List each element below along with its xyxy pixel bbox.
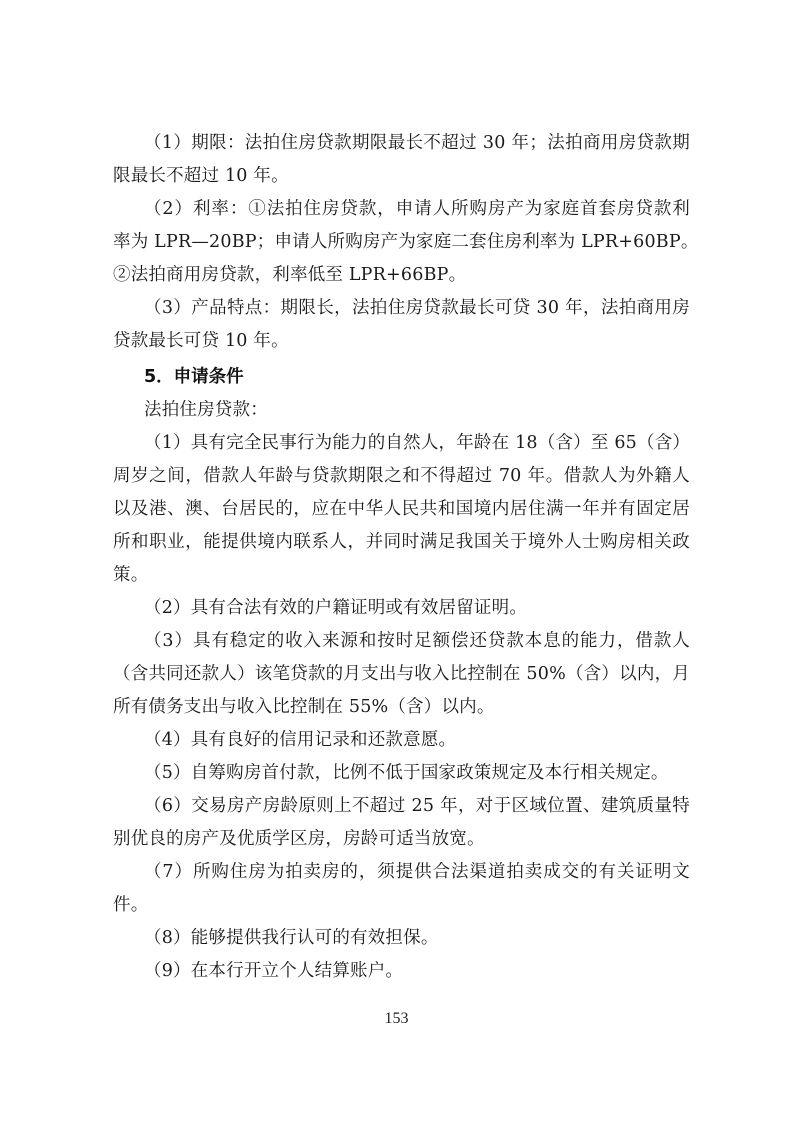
condition-1-line: 所和职业，能提供境内联系人，并同时满足我国关于境外人士购房相关政 (113, 530, 690, 554)
condition-1-line: 以及港、澳、台居民的，应在中华人民共和国境内居住满一年并有固定居 (113, 497, 690, 521)
rate-paragraph-line: 率为 LPR—20BP；申请人所购房产为家庭二套住房利率为 LPR+60BP。 (113, 230, 690, 254)
condition-1-line: 策。 (113, 563, 690, 587)
section-subheading: 法拍住房贷款： (144, 398, 690, 422)
condition-6-line: （6）交易房产房龄原则上不超过 25 年，对于区域位置、建筑质量特 (144, 794, 690, 818)
condition-3-line: 所有债务支出与收入比控制在 55%（含）以内。 (113, 695, 690, 719)
condition-1-line: 周岁之间，借款人年龄与贷款期限之和不得超过 70 年。借款人为外籍人 (113, 464, 690, 488)
condition-3-line: （含共同还款人）该笔贷款的月支出与收入比控制在 50%（含）以内，月 (113, 662, 690, 686)
condition-4-line: （4）具有良好的信用记录和还款意愿。 (144, 728, 690, 752)
condition-5-line: （5）自筹购房首付款，比例不低于国家政策规定及本行相关规定。 (144, 761, 690, 785)
term-paragraph-line: 限最长不超过 10 年。 (113, 164, 690, 188)
rate-paragraph-line: （2）利率：①法拍住房贷款，申请人所购房产为家庭首套房贷款利 (144, 197, 690, 221)
section-heading: 5．申请条件 (144, 365, 244, 389)
term-paragraph-line: （1）期限：法拍住房贷款期限最长不超过 30 年；法拍商用房贷款期 (144, 131, 690, 155)
document-page: （1）期限：法拍住房贷款期限最长不超过 30 年；法拍商用房贷款期 限最长不超过… (0, 0, 793, 1122)
page-number: 153 (0, 1010, 793, 1028)
condition-3-line: （3）具有稳定的收入来源和按时足额偿还贷款本息的能力，借款人 (144, 629, 690, 653)
condition-8-line: （8）能够提供我行认可的有效担保。 (144, 926, 690, 950)
condition-1-line: （1）具有完全民事行为能力的自然人，年龄在 18（含）至 65（含） (144, 431, 690, 455)
condition-2-line: （2）具有合法有效的户籍证明或有效居留证明。 (144, 596, 690, 620)
condition-6-line: 别优良的房产及优质学区房，房龄可适当放宽。 (113, 827, 690, 851)
condition-7-line: （7）所购住房为拍卖房的，须提供合法渠道拍卖成交的有关证明文 (144, 860, 690, 884)
condition-9-line: （9）在本行开立个人结算账户。 (144, 959, 690, 983)
rate-paragraph-line: ②法拍商用房贷款，利率低至 LPR+66BP。 (113, 263, 690, 287)
features-paragraph-line: （3）产品特点：期限长，法拍住房贷款最长可贷 30 年，法拍商用房 (144, 296, 690, 320)
features-paragraph-line: 贷款最长可贷 10 年。 (113, 329, 690, 353)
condition-7-line: 件。 (113, 893, 690, 917)
